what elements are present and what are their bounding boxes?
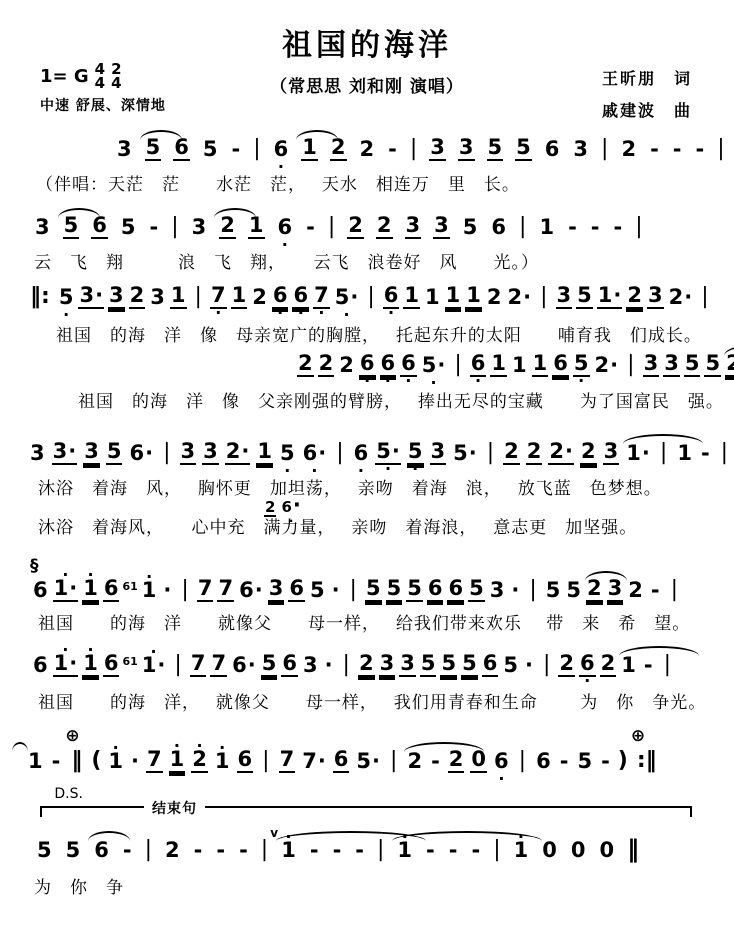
notes-row: 61··1·6611··|776·563·|23355565·|26·21-| (30, 652, 677, 677)
note: 1· (141, 579, 158, 602)
note: 1 (424, 286, 441, 309)
note: 1 (532, 352, 549, 377)
note: 1 (490, 352, 507, 377)
note: 3 (379, 652, 396, 677)
note: 5 (261, 652, 278, 677)
tempo-marking: 中速 舒展、深情地 (40, 95, 166, 115)
note: 5 (202, 138, 219, 161)
note: 5 (468, 577, 485, 602)
note: 1 (676, 442, 693, 465)
note: 0 (541, 839, 558, 862)
note: 6· (470, 352, 487, 377)
note: 3 (268, 577, 285, 602)
note: 2 (580, 440, 597, 465)
note: 3 (108, 284, 125, 309)
note: 6 (482, 652, 499, 677)
note: 5 (106, 440, 123, 465)
notes-row: §61··1·6611··|776·365·|5556653·|55232-| (30, 577, 684, 602)
note: 1 (231, 284, 248, 309)
time-signature-1: 4 4 (95, 62, 105, 91)
note: 1 (301, 136, 318, 161)
note: 3 (116, 138, 133, 161)
meter1-bottom: 4 (95, 76, 105, 90)
note: 2 (347, 214, 364, 239)
note: 6 (103, 577, 120, 602)
note: 6 (552, 352, 569, 377)
note: 3 (180, 440, 197, 465)
key-text: 1= G (40, 66, 89, 87)
note: 6· (292, 284, 309, 309)
notes-row: 3565-|3216·-|223356|1---| (28, 214, 649, 239)
note: 6· (400, 352, 417, 377)
key-signature: 1= G 4 4 2 4 (40, 62, 122, 91)
note: 3 (607, 577, 624, 602)
note: 5 (63, 214, 80, 239)
note: 5 (487, 136, 504, 161)
note: 2· (548, 440, 574, 465)
note: 2· (191, 748, 208, 773)
note: 6· (380, 352, 397, 377)
note: 5· (279, 442, 296, 465)
note: 6 (32, 579, 49, 602)
note: 3 (430, 440, 447, 465)
notes-row: 3565-|6·122-|335563|2---| (110, 136, 731, 161)
note: 2· (225, 440, 251, 465)
note: 2· (507, 286, 533, 309)
note: 5 (515, 136, 532, 161)
note: 3 (302, 654, 319, 677)
note: 2 (406, 750, 423, 773)
note: 5 (565, 579, 582, 602)
note: 6 (427, 577, 444, 602)
notes-row-coda: 1-⊕‖D.S.(1··71·2·1·6|77·65·|2-206·|6-5-)… (24, 748, 663, 773)
note: 5 (386, 577, 403, 602)
note: 5 (461, 652, 478, 677)
note: 6 (447, 577, 464, 602)
note: 6· (238, 579, 264, 602)
note: 1· (169, 748, 186, 773)
note: 3 (399, 652, 416, 677)
lyrics-line: 云 飞 翔 浪 飞 翔， 云飞 浪卷好 风 光。） (34, 248, 539, 273)
note: 1 (445, 284, 462, 309)
note: 2 (338, 354, 355, 377)
note: 6· (359, 352, 376, 377)
note: 2 (358, 652, 375, 677)
note: 3 (433, 214, 450, 239)
ending-phrase-bracket: 结束句 (40, 806, 692, 820)
note: 1 (256, 440, 273, 465)
note: 3 (429, 136, 446, 161)
note: 1· (214, 750, 231, 773)
note: 6 (490, 216, 507, 239)
note: 2 (486, 286, 503, 309)
note: 7 (190, 652, 207, 677)
note: 2 (586, 577, 603, 602)
note: 2 (600, 652, 617, 677)
note: 5 (576, 284, 593, 309)
note: 5 (420, 652, 437, 677)
note: 6· (277, 216, 294, 239)
note: 6 (32, 654, 49, 677)
note: 5 (704, 352, 721, 377)
note: 0 (599, 839, 616, 862)
note: 5 (145, 136, 162, 161)
note: 6 (281, 652, 298, 677)
note: 7 (146, 748, 163, 773)
note: 6· (383, 284, 400, 309)
note: 2 (297, 352, 314, 377)
note: 3· (52, 440, 78, 465)
note: 1· (82, 652, 99, 677)
note: 5 (406, 577, 423, 602)
note: 5 (120, 216, 137, 239)
note: 1 (170, 284, 187, 309)
note: 5· (58, 286, 75, 309)
grace-notes: 61 (122, 581, 137, 593)
note: 3 (647, 284, 664, 309)
note: 1 (27, 750, 44, 773)
note: 6 (333, 748, 350, 773)
note: 6·· (302, 442, 328, 465)
note: 6· (579, 652, 596, 677)
lyrics-line: 祖国 的海 洋 像 父亲刚强的臂膀， 捧出无尽的宝藏 为了国富民 强。 (78, 387, 724, 412)
note: 6 (535, 750, 552, 773)
sheet-music-page: 祖国的海洋 （常思思 刘和刚 演唱） 1= G 4 4 2 4 中速 舒展、深情… (0, 0, 734, 942)
note: 6 (544, 138, 561, 161)
note: 1· (82, 577, 99, 602)
ending-phrase-label: 结束句 (144, 798, 205, 818)
lyrics-line: 为 你 争 (34, 873, 124, 898)
note: 6 (91, 214, 108, 239)
lyrics-line: 沐浴 着海 风， 胸怀更 加坦荡， 亲吻 着海 浪， 放飞蓝 色梦想。 (38, 474, 662, 499)
note: 6· (231, 654, 257, 677)
note: 1 (403, 284, 420, 309)
note: 1· (513, 839, 530, 862)
note: 3 (34, 216, 51, 239)
lyrics-line: 祖国 的海 洋， 就像父 母一样， 我们用青春和生命 为 你 争光。 (38, 688, 706, 713)
note: 5 (545, 579, 562, 602)
note: 2 (129, 284, 146, 309)
meter2-bottom: 4 (111, 76, 121, 90)
note: 3· (78, 284, 104, 309)
note: 1 (248, 214, 265, 239)
note: 2 (219, 214, 236, 239)
note: 5· (573, 352, 590, 377)
note: 7 (217, 577, 234, 602)
note: 7· (301, 750, 327, 773)
lyrics-line: 祖国 的海 洋 就像父 母一样， 给我们带来欢乐 带 来 希 望。 (38, 609, 690, 634)
note: 1· (597, 284, 623, 309)
note: 6· (272, 284, 289, 309)
note: 2 (448, 748, 465, 773)
note: 3 (556, 284, 573, 309)
note: 6· (273, 138, 290, 161)
note: 0 (570, 839, 587, 862)
note: 5 (65, 839, 82, 862)
note: 5·· (334, 286, 360, 309)
note: 3 (405, 214, 422, 239)
note: 3 (83, 440, 100, 465)
lyrics-line: 祖国 的海 洋 像 母亲宽广的胸膛， 托起东升的太阳 哺育我 们成长。 (56, 321, 702, 346)
note: 2 (558, 652, 575, 677)
note: 6· (128, 442, 154, 465)
notes-row: 33·356·|332·15·6··|6·5··5·35·|222·231·|1… (26, 440, 734, 465)
note: 3 (489, 579, 506, 602)
note: 6 (288, 577, 305, 602)
note: 6· (493, 750, 510, 773)
note: 6 (237, 748, 254, 773)
note: 2 (503, 440, 520, 465)
notes-row-ending: 556-|2---|v1·---|1·---|1·000‖ (30, 836, 645, 862)
note: 5·· (375, 440, 401, 465)
grace-notes: 61 (122, 656, 137, 668)
note: 3 (202, 440, 219, 465)
note: 1· (280, 839, 297, 862)
note: 2 (318, 352, 335, 377)
note: 2 (376, 214, 393, 239)
note: 3 (149, 286, 166, 309)
note: 5 (309, 579, 326, 602)
note: 2 (627, 579, 644, 602)
composer-credit: 戚建波 曲 (602, 98, 692, 121)
time-signature-2: 2 4 (111, 62, 121, 91)
note: 2 (251, 286, 268, 309)
note: 1·· (53, 652, 79, 677)
note: 2 (164, 839, 181, 862)
note: 5 (440, 652, 457, 677)
note: 5 (502, 654, 519, 677)
notes-row: 2226·6·6·5··|6·11165·2·|3355232· (295, 352, 734, 377)
note: 5· (452, 442, 478, 465)
note: 3 (572, 138, 589, 161)
note: 6 (173, 136, 190, 161)
song-title: 祖国的海洋 (0, 20, 734, 64)
note: 0 (470, 748, 487, 773)
note: 2 (725, 352, 734, 377)
note: 5· (355, 750, 381, 773)
note: 3 (191, 216, 208, 239)
note: 5· (407, 440, 424, 465)
note: 1 (511, 354, 528, 377)
notes-row: ‖:5·3·3231|7·126·6·7·5··|6·111122·|351·2… (24, 284, 715, 309)
note: 1· (107, 750, 124, 773)
note: 1·· (141, 654, 167, 677)
note: 7 (279, 748, 296, 773)
note: 2 (526, 440, 543, 465)
note: 5 (576, 750, 593, 773)
note: 5 (36, 839, 53, 862)
note: 1 (465, 284, 482, 309)
note: 1 (538, 216, 555, 239)
note: 2 (626, 284, 643, 309)
note: 5 (684, 352, 701, 377)
note: 2 (359, 138, 376, 161)
note: 5 (462, 216, 479, 239)
lyrics-line-2: 沐浴 着海风， 心中充 满力量， 亲吻 着海浪， 意志更 加坚强。 (38, 513, 637, 538)
note: 3 (663, 352, 680, 377)
lyricist-credit: 王昕朋 词 (602, 66, 692, 89)
note: 2· (668, 286, 694, 309)
note: 2 (620, 138, 637, 161)
note: 7 (210, 652, 227, 677)
note: 6 (93, 839, 110, 862)
lyrics-line: （伴唱：天茫 茫 水茫 茫， 天水 相连万 里 长。 (36, 170, 520, 195)
note: 7· (210, 284, 227, 309)
note: 2· (594, 354, 620, 377)
note: 3 (603, 440, 620, 465)
note: 3 (29, 442, 46, 465)
note: 7 (197, 577, 214, 602)
note: 5·· (421, 354, 447, 377)
note: 1 (620, 654, 637, 677)
note: 1· (625, 442, 651, 465)
note: 3 (643, 352, 660, 377)
note: 3 (458, 136, 475, 161)
note: 5 (365, 577, 382, 602)
note: 7· (313, 284, 330, 309)
note: 1· (396, 839, 413, 862)
note: 1·· (53, 577, 79, 602)
note: 2 (330, 136, 347, 161)
note: 6· (353, 442, 370, 465)
note: 6 (103, 652, 120, 677)
